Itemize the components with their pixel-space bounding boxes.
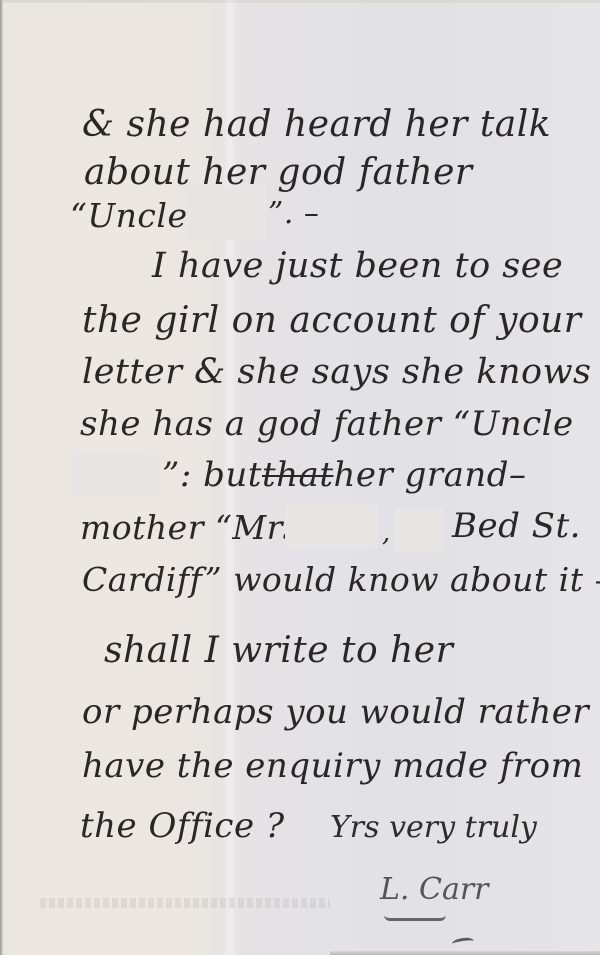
letter-line-3-end: ”. – <box>268 196 319 231</box>
line-text: the Office ? <box>80 806 285 846</box>
letter-page: & she had heard her talk about her god f… <box>0 0 600 955</box>
line-text: her grand– <box>333 455 526 495</box>
letter-line-1: & she had heard her talk <box>82 104 551 145</box>
letter-line-10: Cardiff” would know about it – <box>82 560 600 599</box>
line-text: or perhaps you would rather <box>82 692 589 732</box>
line-text: the girl on account of your <box>82 300 582 341</box>
line-text: & she had heard her talk <box>82 104 551 145</box>
line-text: “Uncle <box>70 196 188 235</box>
redaction-box <box>72 452 160 496</box>
line-text: ”: but <box>162 455 262 495</box>
letter-line-11: shall I write to her <box>104 630 453 671</box>
line-text: ”. – <box>268 196 319 231</box>
letter-line-14: the Office ? <box>80 806 285 846</box>
letter-line-2: about her god father <box>84 152 473 193</box>
letter-line-6: letter & she says she knows <box>82 352 592 392</box>
letter-line-9: mother “Mrs <box>80 508 300 547</box>
line-text: Bed St. <box>452 506 581 546</box>
letter-line-8: ”: but that her grand– <box>162 455 527 495</box>
letter-line-4: I have just been to see <box>152 246 563 286</box>
letter-line-5: the girl on account of your <box>82 300 582 341</box>
letter-closing: Yrs very truly <box>330 810 537 845</box>
letter-line-9-end: Bed St. <box>452 506 581 546</box>
paper-bottom-edge <box>330 951 600 955</box>
redaction-box <box>285 505 378 548</box>
line-text: have the enquiry made from <box>82 746 583 786</box>
letter-line-7: she has a god father “Uncle <box>80 404 574 444</box>
show-through-print <box>40 898 330 908</box>
signature-flourish <box>451 937 474 949</box>
letter-line-12: or perhaps you would rather <box>82 692 589 732</box>
line-text: I have just been to see <box>152 246 563 286</box>
line-text: , <box>382 518 391 548</box>
letter-signature: L. Carr <box>380 872 489 907</box>
line-text: mother “Mrs <box>80 508 300 547</box>
redaction-box <box>395 508 443 552</box>
letter-line-9-comma: , <box>382 518 391 548</box>
line-text: Cardiff” would know about it – <box>82 560 600 599</box>
line-text: she has a god father “Uncle <box>80 404 574 444</box>
line-text: shall I write to her <box>104 630 453 671</box>
line-text: letter & she says she knows <box>82 352 592 392</box>
paper-top-edge <box>0 0 600 3</box>
redaction-box <box>186 185 266 240</box>
signature-underline <box>384 915 446 921</box>
letter-line-13: have the enquiry made from <box>82 746 583 786</box>
line-text: about her god father <box>84 152 473 193</box>
paper-left-edge <box>0 0 3 955</box>
struck-word: that <box>262 455 334 495</box>
letter-line-3: “Uncle <box>70 196 188 235</box>
